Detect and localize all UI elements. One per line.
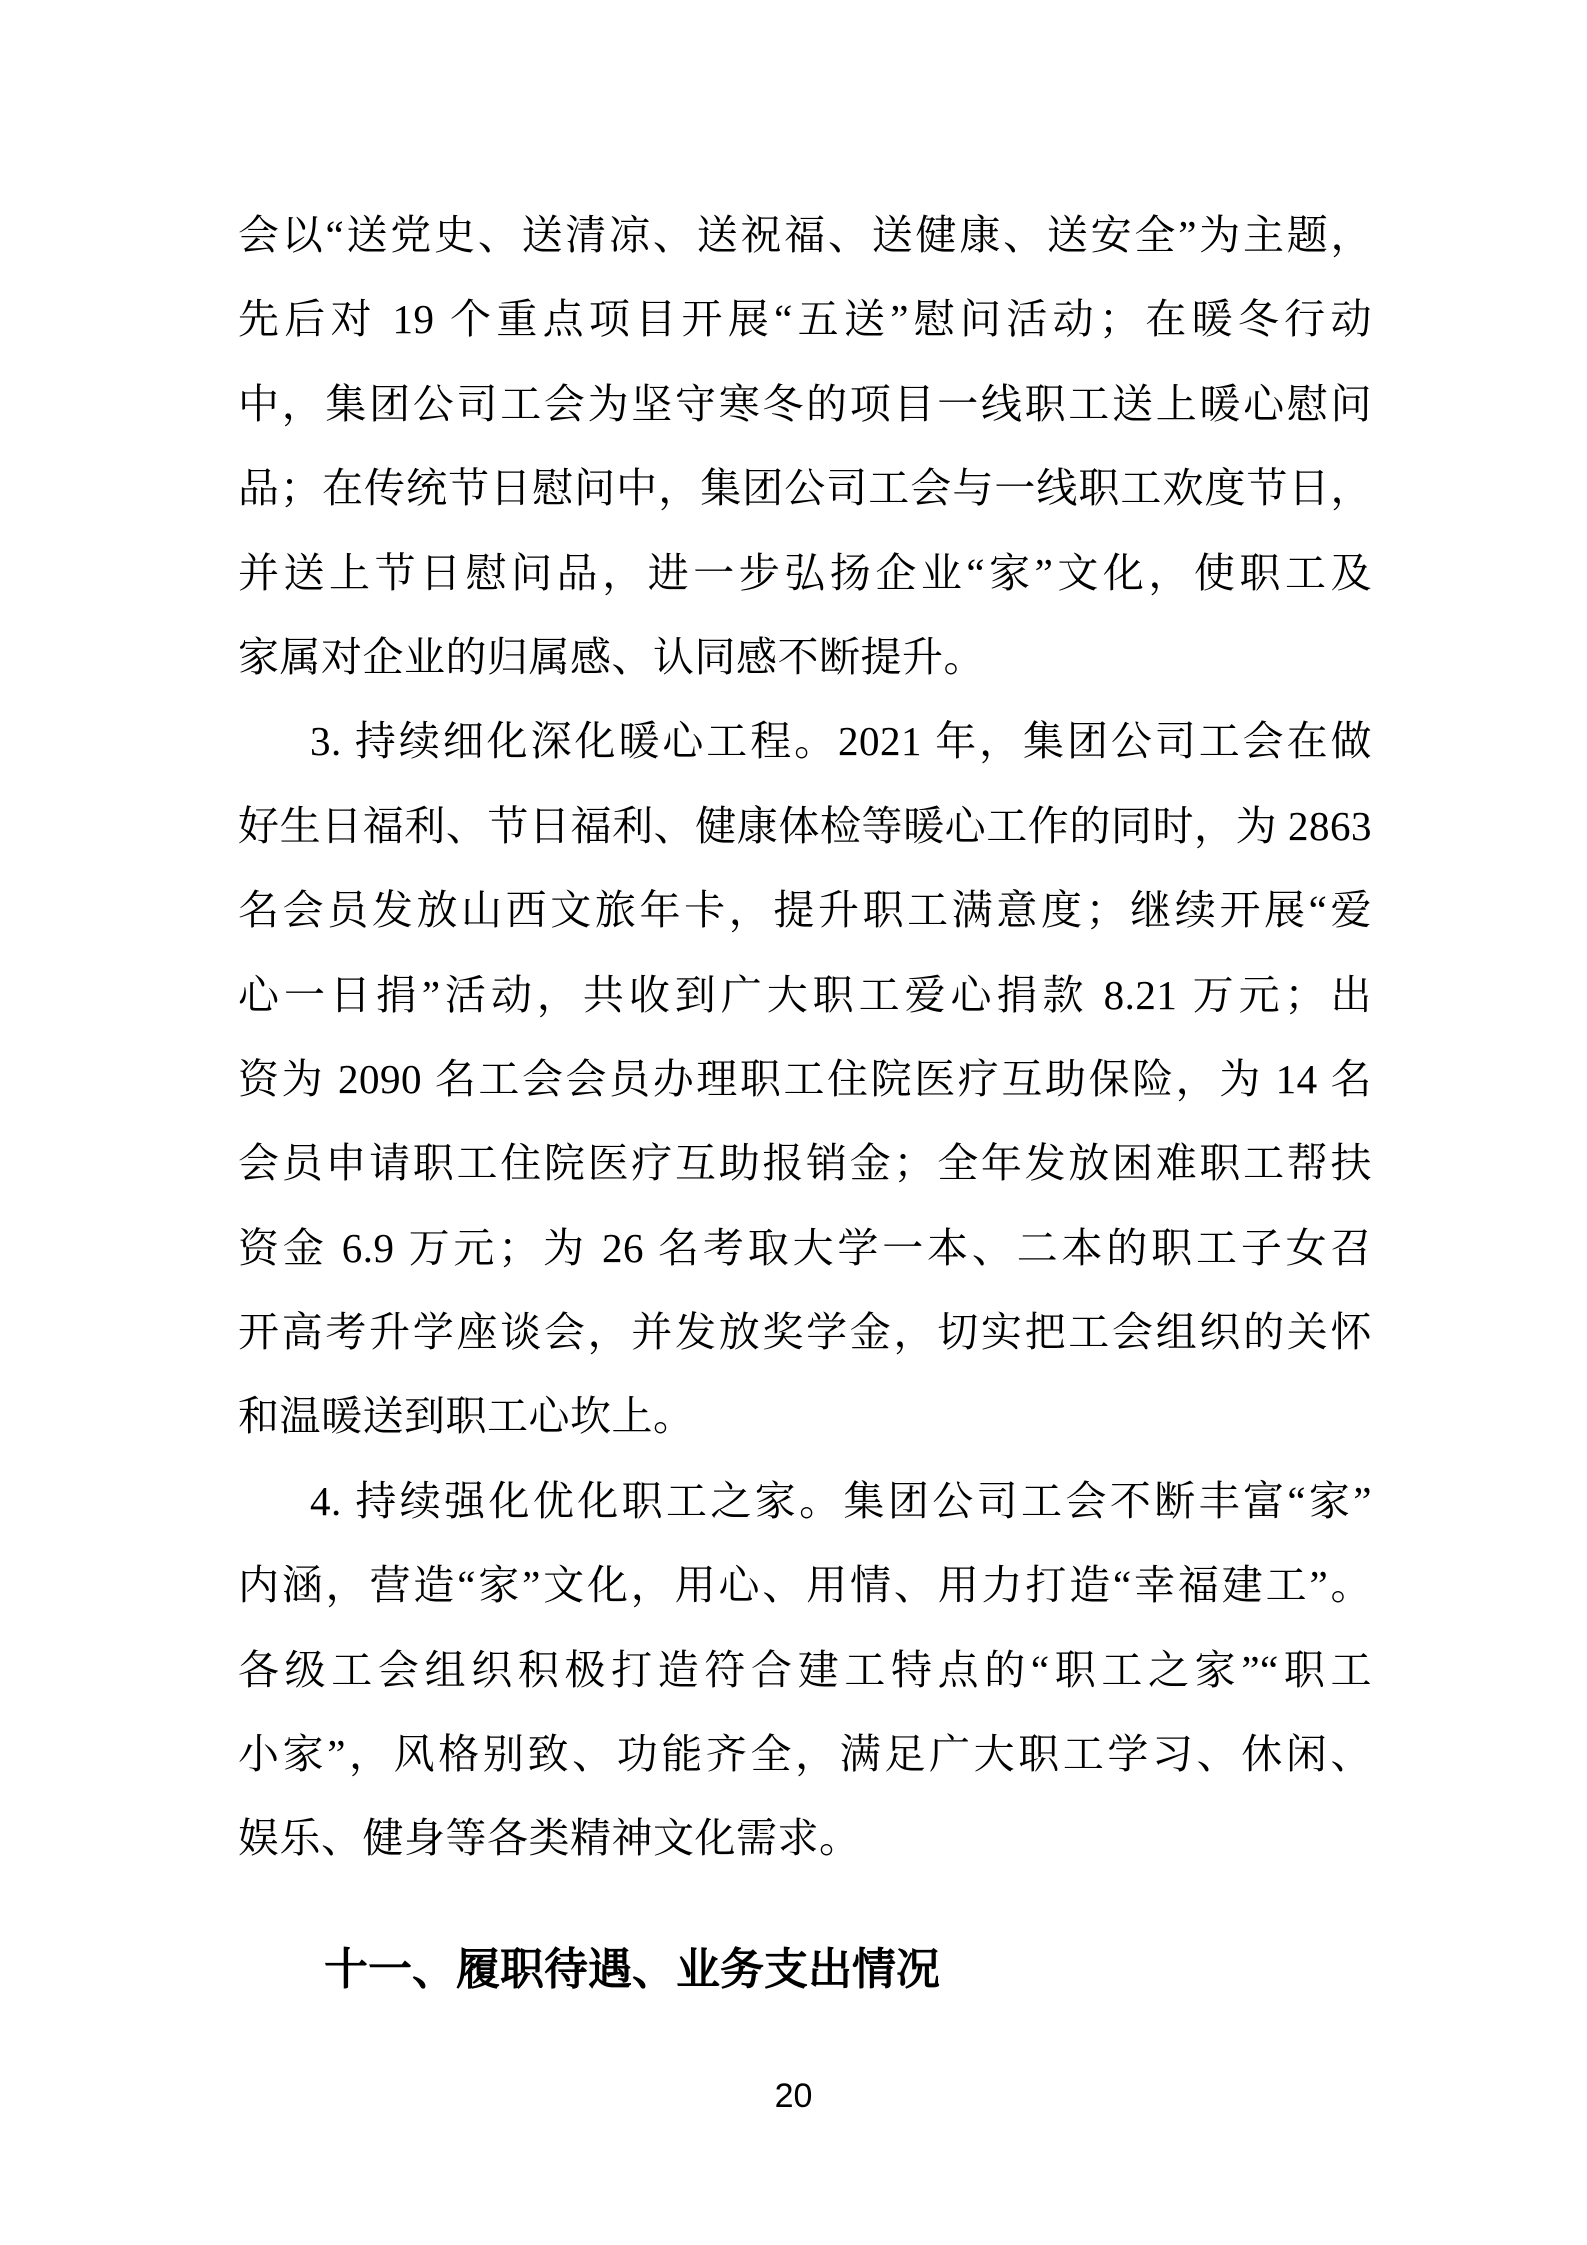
body-line: 会以“送党史、送清凉、送祝福、送健康、送安全”为主题， bbox=[238, 193, 1372, 277]
body-line: 3. 持续细化深化暖心工程。2021 年，集团公司工会在做 bbox=[238, 699, 1372, 783]
body-line: 好生日福利、节日福利、健康体检等暖心工作的同时，为 2863 bbox=[238, 784, 1372, 868]
body-line: 4. 持续强化优化职工之家。集团公司工会不断丰富“家” bbox=[238, 1459, 1372, 1543]
body-line: 品；在传统节日慰问中，集团公司工会与一线职工欢度节日， bbox=[238, 446, 1372, 530]
body-line: 各级工会组织积极打造符合建工特点的“职工之家”“职工 bbox=[238, 1628, 1372, 1712]
body-line: 资金 6.9 万元；为 26 名考取大学一本、二本的职工子女召 bbox=[238, 1206, 1372, 1290]
body-line: 内涵，营造“家”文化，用心、用情、用力打造“幸福建工”。 bbox=[238, 1543, 1372, 1627]
body-line: 先后对 19 个重点项目开展“五送”慰问活动；在暖冬行动 bbox=[238, 277, 1372, 361]
page-number: 20 bbox=[0, 2076, 1587, 2116]
document-page: 会以“送党史、送清凉、送祝福、送健康、送安全”为主题， 先后对 19 个重点项目… bbox=[0, 0, 1587, 2245]
body-line: 娱乐、健身等各类精神文化需求。 bbox=[238, 1796, 1372, 1880]
body-line: 中，集团公司工会为坚守寒冬的项目一线职工送上暖心慰问 bbox=[238, 362, 1372, 446]
body-line: 资为 2090 名工会会员办理职工住院医疗互助保险，为 14 名 bbox=[238, 1037, 1372, 1121]
section-heading: 十一、履职待遇、业务支出情况 bbox=[238, 1927, 1372, 2013]
body-line: 家属对企业的归属感、认同感不断提升。 bbox=[238, 615, 1372, 699]
body-line: 心一日捐”活动，共收到广大职工爱心捐款 8.21 万元；出 bbox=[238, 953, 1372, 1037]
body-line: 并送上节日慰问品，进一步弘扬企业“家”文化，使职工及 bbox=[238, 531, 1372, 615]
body-line: 会员申请职工住院医疗互助报销金；全年发放困难职工帮扶 bbox=[238, 1121, 1372, 1205]
body-line: 小家”，风格别致、功能齐全，满足广大职工学习、休闲、 bbox=[238, 1712, 1372, 1796]
body-line: 和温暖送到职工心坎上。 bbox=[238, 1374, 1372, 1458]
body-line: 开高考升学座谈会，并发放奖学金，切实把工会组织的关怀 bbox=[238, 1290, 1372, 1374]
body-line: 名会员发放山西文旅年卡，提升职工满意度；继续开展“爱 bbox=[238, 868, 1372, 952]
document-body: 会以“送党史、送清凉、送祝福、送健康、送安全”为主题， 先后对 19 个重点项目… bbox=[238, 193, 1372, 2013]
